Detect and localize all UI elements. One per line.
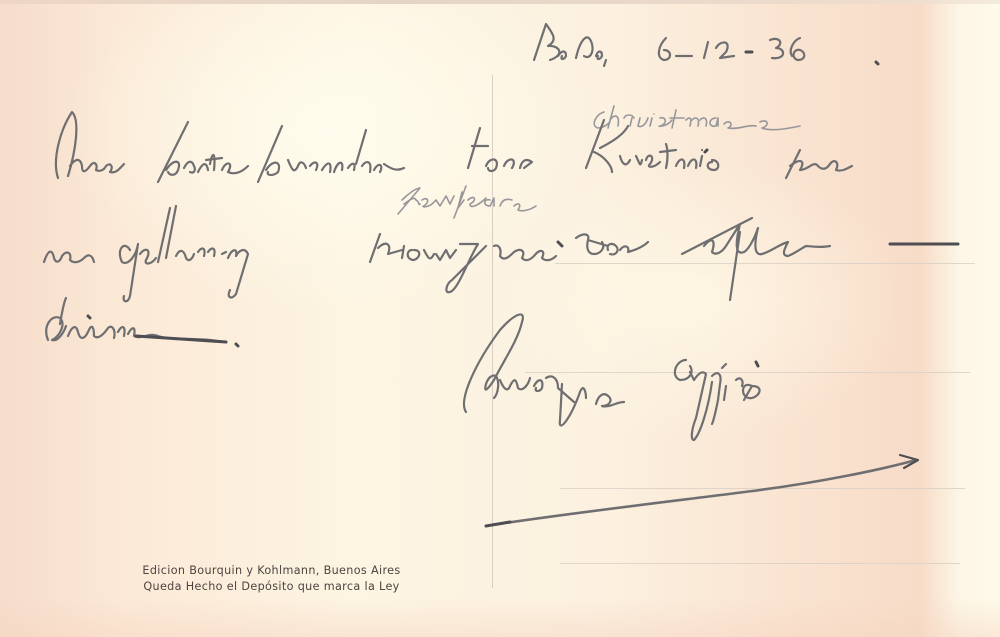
christmas-annotation — [594, 106, 800, 130]
postcard-back: Bs As, 6-12-36. Christmas New Year Onze … — [0, 0, 1000, 637]
publisher-line-2: Queda Hecho el Depósito que marca la Ley — [94, 579, 449, 595]
date-handwriting — [534, 24, 878, 66]
message-line-1-handwriting — [56, 112, 852, 182]
message-line-2-handwriting — [44, 206, 958, 301]
signature-underline-flourish — [486, 455, 918, 526]
publisher-imprint: Edicion Bourquin y Kohlmann, Buenos Aire… — [94, 563, 449, 595]
handwriting-layer — [0, 0, 1000, 637]
new-year-annotation — [398, 186, 562, 246]
signature-handwriting — [464, 314, 759, 440]
publisher-line-1: Edicion Bourquin y Kohlmann, Buenos Aire… — [94, 563, 449, 579]
message-line-3-handwriting — [46, 298, 238, 346]
